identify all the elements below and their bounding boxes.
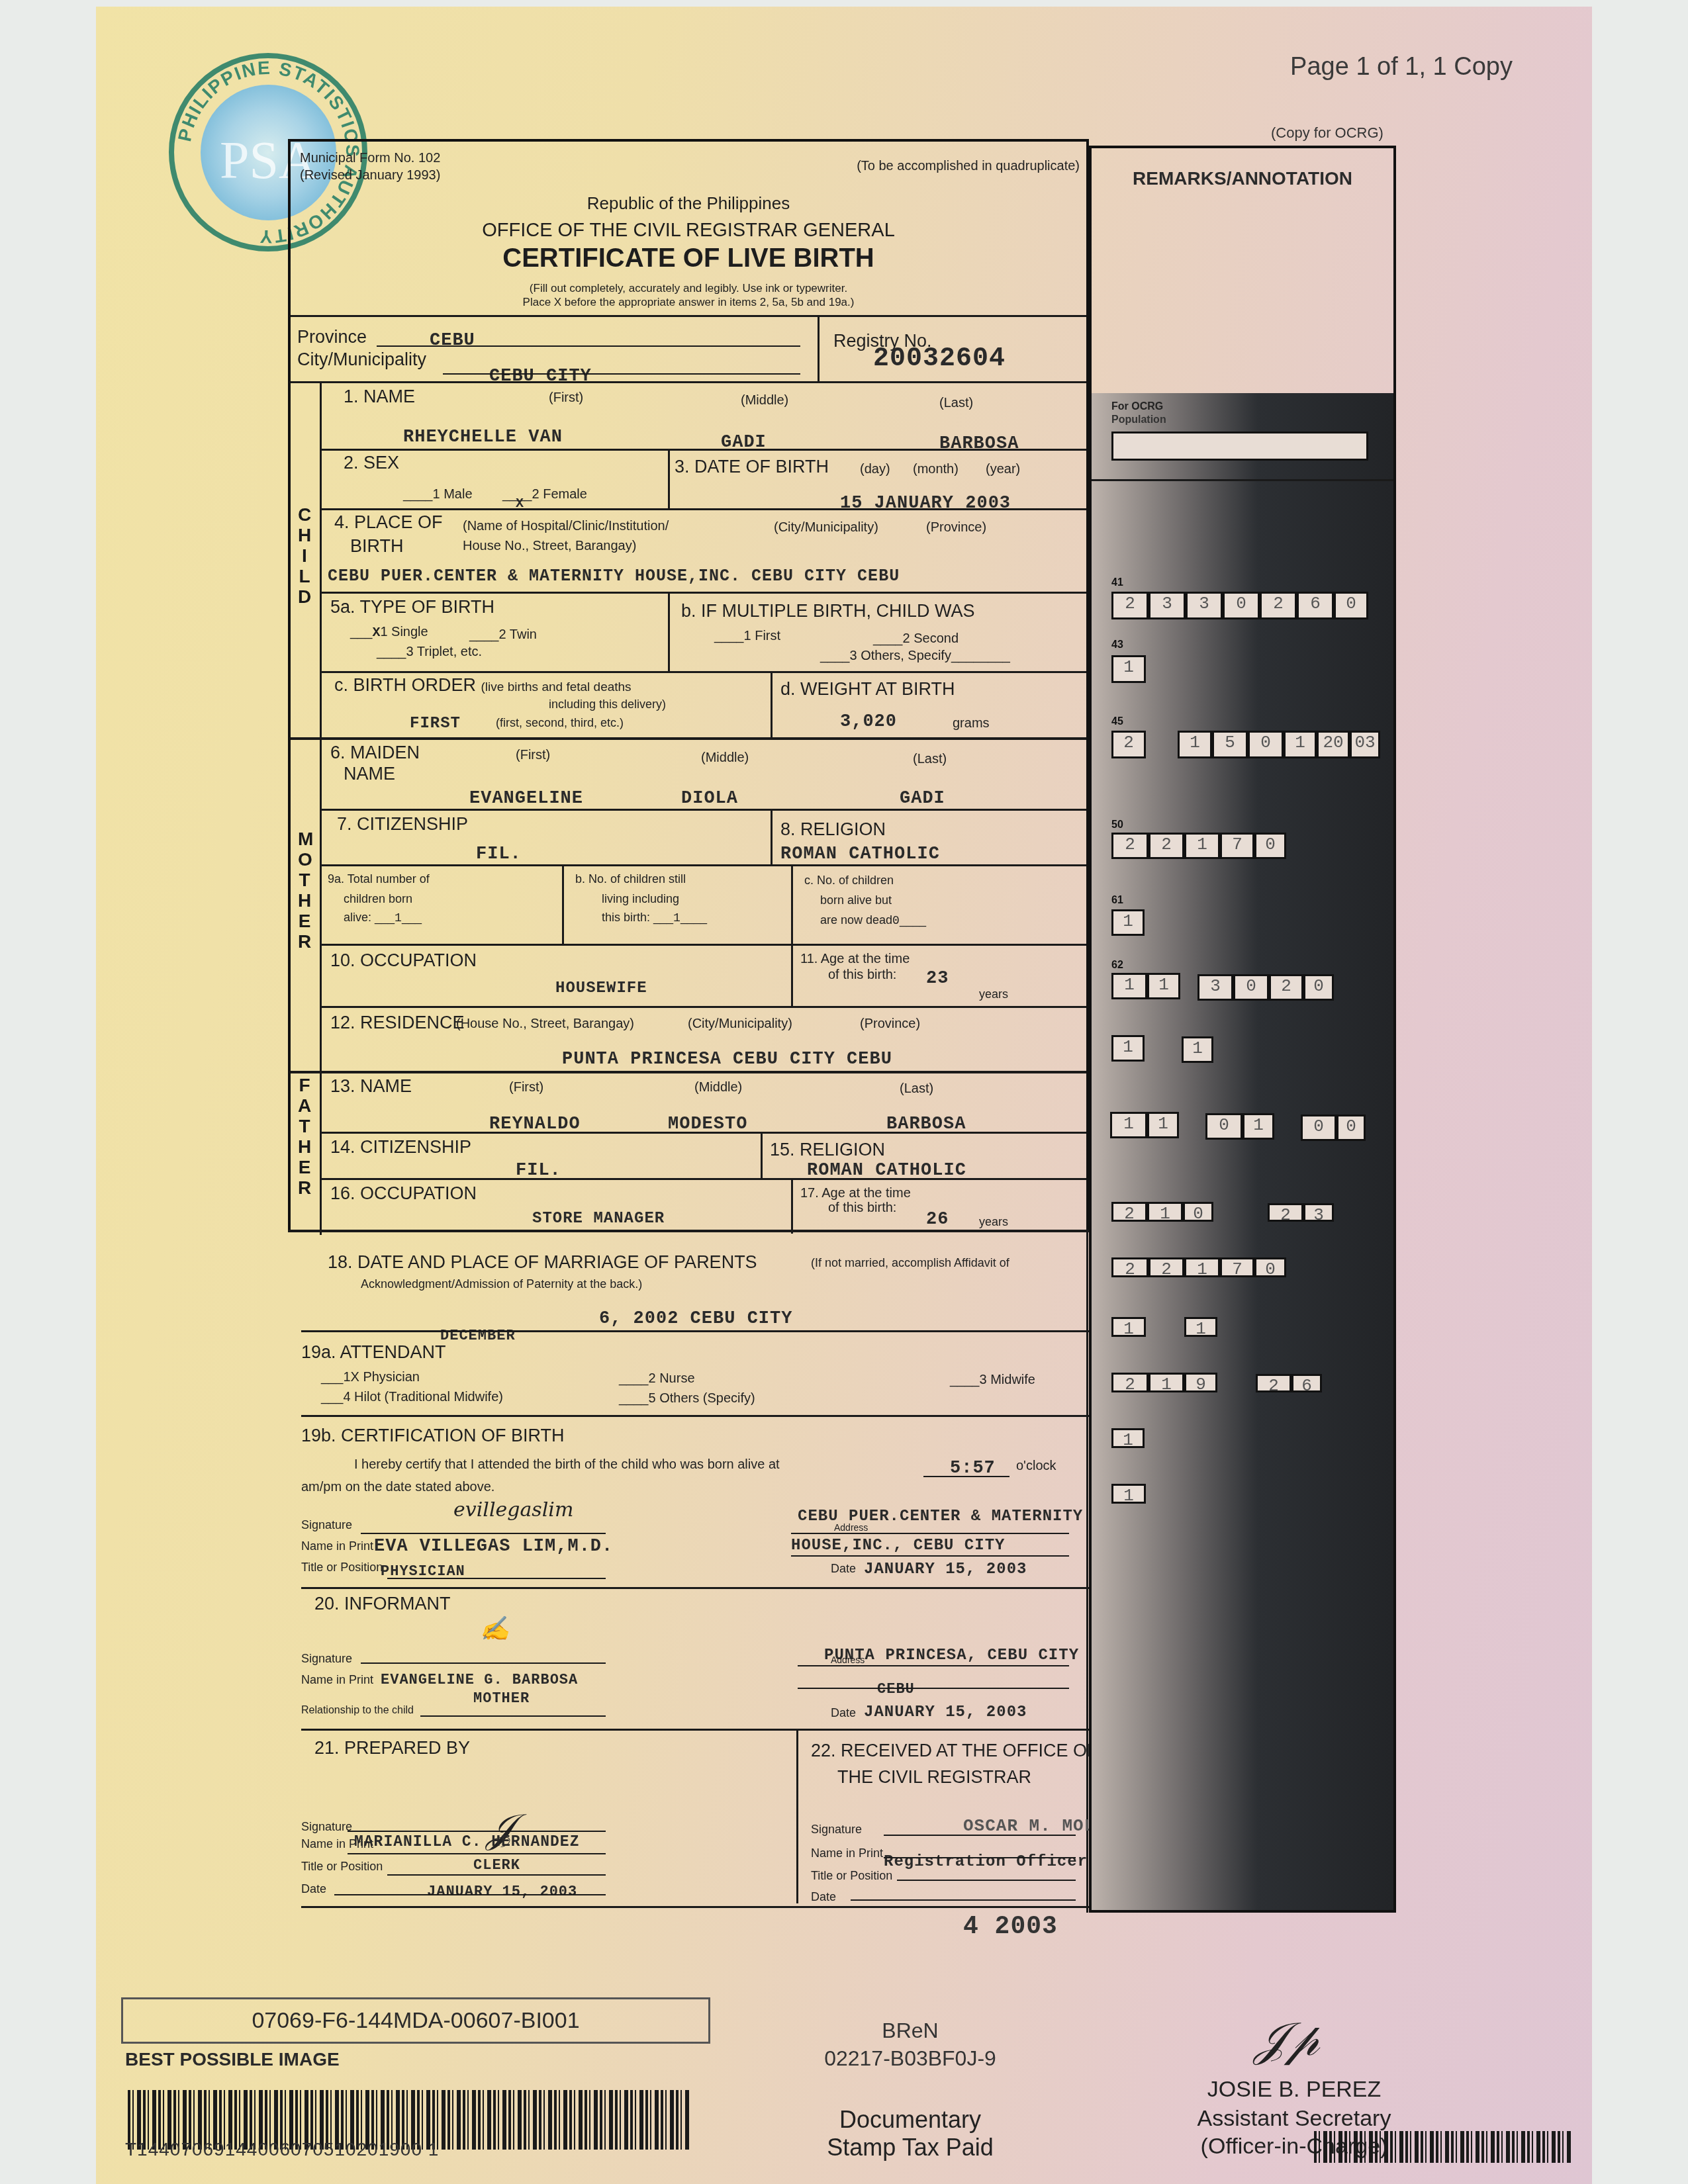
attendant-physician: ___1X Physician [321,1370,420,1385]
father-age-unit: years [979,1215,1008,1229]
first-header: (First) [516,748,550,763]
code-box: 1 [1111,1428,1145,1448]
last-header: (Last) [900,1081,933,1097]
bren-number: 02217-B03BF0J-9 [791,2046,1029,2071]
code-box: 2 [1111,731,1146,758]
code-box: 03 [1350,731,1380,758]
total-children-label-2: children born [344,892,412,906]
quadruplicate-note: (To be accomplished in quadruplicate) [857,159,1080,174]
received-title-label: Title or Position [811,1869,892,1883]
child-first-name: RHEYCHELLE VAN [403,428,563,447]
mother-age-label: 11. Age at the time [800,952,910,967]
middle-header: (Middle) [741,393,788,408]
prepared-date-label: Date [301,1882,326,1896]
code-box: 0 [1303,974,1334,1001]
pob-label-2: BIRTH [350,536,404,557]
last-header: (Last) [913,752,947,767]
attendant-address-2: HOUSE,INC., CEBU CITY [791,1537,1005,1555]
attendant-label: 19a. ATTENDANT [301,1342,446,1363]
multiple-birth-label: b. IF MULTIPLE BIRTH, CHILD WAS [681,601,975,621]
living-children-label-2: living including [602,892,679,906]
code-box: 5 [1212,731,1248,758]
marriage-label: 18. DATE AND PLACE OF MARRIAGE OF PARENT… [328,1252,757,1273]
residence-label: 12. RESIDENCE [330,1013,465,1033]
code-box: 0 [1254,1257,1286,1277]
code-box: 1 [1111,1484,1146,1504]
middle-header: (Middle) [694,1080,742,1095]
code-box: 1 [1184,1257,1220,1277]
code-box: 1 [1111,973,1147,999]
weight-unit: grams [953,716,990,731]
code-box: 0 [1248,731,1284,758]
code-box: 7 [1220,1257,1254,1277]
pob-header-1: (Name of Hospital/Clinic/Institution/ [463,519,669,534]
received-date-label: Date [811,1890,836,1904]
oclock-label: o'clock [1016,1459,1056,1474]
received-signature-label: Signature [811,1823,862,1837]
birth-order-hint: including this delivery) [549,698,666,711]
tob-twin: ____2 Twin [469,627,537,643]
registrar-name: OSCAR M. MOLO [963,1816,1106,1836]
birth-order-value: FIRST [410,715,461,733]
signatory-title: Assistant Secretary [1168,2106,1420,2132]
residence-header-3: (Province) [860,1017,920,1032]
sex-male-option: ____1 Male [403,487,473,502]
attendant-signature: evillegaslim [453,1498,573,1522]
marriage-date-place: 6, 2002 CEBU CITY [599,1309,792,1329]
informant-date: JANUARY 15, 2003 [864,1704,1027,1721]
barcode-text: T14407069144006070510201900 1 [125,2139,439,2160]
code-box: 0 [1334,592,1368,619]
stamp-tax-line-2: Stamp Tax Paid [791,2134,1029,2161]
living-children-field: this birth: ___1____ [602,911,707,925]
father-religion-label: 15. RELIGION [770,1140,885,1160]
marriage-note-2: Acknowledgment/Admission of Paternity at… [361,1277,642,1291]
code-box: 0 [1336,1115,1366,1141]
code-box: 0 [1254,833,1286,859]
code-box: 2 [1256,1374,1291,1392]
certificate-form: Municipal Form No. 102 (Revised January … [288,139,1089,1231]
city-label: City/Municipality [297,349,426,370]
code-box: 1 [1111,1317,1146,1337]
code-label: 62 [1111,960,1123,972]
preparer-name: MARIANILLA C. HERNANDEZ [354,1833,579,1850]
code-box: 2 [1111,1202,1147,1222]
code-box: 1 [1111,655,1146,683]
certification-text: I hereby certify that I attended the bir… [354,1457,780,1473]
informant-date-label: Date [831,1706,856,1720]
attendant-title-label: Title or Position [301,1561,383,1574]
ocrg-header: For OCRG [1111,401,1163,413]
code-box: 0 [1183,1202,1213,1222]
code-box: 1 [1110,1112,1147,1138]
prepared-by-label: 21. PREPARED BY [314,1738,470,1758]
prepared-title-label: Title or Position [301,1860,383,1874]
code-box: 3 [1197,974,1233,1001]
dob-value: 15 JANUARY 2003 [840,494,1011,514]
attendant-signature-label: Signature [301,1518,352,1532]
attendant-name: EVA VILLEGAS LIM,M.D. [374,1537,613,1557]
dob-label: 3. DATE OF BIRTH [675,457,829,477]
tob-single: ___X1 Single [350,625,428,641]
form-revised: (Revised January 1993) [300,168,440,183]
code-box: 1 [1111,909,1145,936]
first-header: (First) [549,390,583,406]
secondary-barcode-icon [1314,2131,1572,2163]
multi-first: ____1 First [714,629,780,644]
certification-text-2: am/pm on the date stated above. [301,1480,494,1495]
prepared-signature-label: Signature [301,1820,352,1834]
certificate-form-lower: 18. DATE AND PLACE OF MARRIAGE OF PARENT… [288,1231,1089,1913]
informant-name-label: Name in Print [301,1673,373,1687]
code-box: 3 [1303,1203,1334,1222]
remarks-annotation-panel: REMARKS/ANNOTATION For OCRG Population 4… [1089,146,1396,1913]
ocrg-header-2: Population [1111,414,1166,426]
attendant-nurse: ____2 Nurse [619,1371,695,1387]
remarks-title: REMARKS/ANNOTATION [1092,168,1393,189]
code-box: 2 [1149,1257,1184,1277]
received-name-label: Name in Print [811,1846,883,1860]
living-children-label: b. No. of children still [575,872,686,886]
ocrg-coding-panel: For OCRG Population 41 2 3 3 0 2 6 0 43 … [1092,393,1393,1910]
code-box: 1 [1147,1112,1179,1138]
received-by-label: 22. RECEIVED AT THE OFFICE OF [811,1741,1098,1761]
first-header: (First) [509,1080,543,1095]
mother-citizenship-label: 7. CITIZENSHIP [337,814,468,835]
code-box: 7 [1220,833,1254,859]
informant-relationship: MOTHER [473,1690,530,1707]
code-box: 9 [1184,1373,1217,1392]
code-box: 6 [1291,1374,1322,1392]
type-of-birth-label: 5a. TYPE OF BIRTH [330,597,494,617]
informant-relationship-label: Relationship to the child [301,1705,414,1717]
pob-header-2: House No., Street, Barangay) [463,539,636,554]
dob-day-header: (day) [860,462,890,477]
certification-date: JANUARY 15, 2003 [864,1561,1027,1578]
province-label: Province [297,327,367,347]
father-citizenship-label: 14. CITIZENSHIP [330,1137,471,1158]
code-box: 3 [1186,592,1223,619]
certification-label: 19b. CERTIFICATION OF BIRTH [301,1426,565,1446]
code-box: 1 [1243,1113,1274,1140]
father-age-label-2: of this birth: [828,1201,896,1216]
tob-triplet: ____3 Triplet, etc. [377,645,482,660]
signatory-name: JOSIE B. PEREZ [1168,2077,1420,2103]
attendant-hilot: ___4 Hilot (Traditional Midwife) [321,1390,503,1405]
code-box: 2 [1149,833,1184,859]
code-box: 2 [1268,1203,1303,1222]
document-page: Page 1 of 1, 1 Copy (Copy for OCRG) PSA … [96,7,1592,2184]
code-box: 1 [1182,1036,1213,1063]
code-box: 2 [1111,1257,1149,1277]
attendant-name-label: Name in Print [301,1539,373,1553]
informant-address-2: CEBU [877,1681,915,1698]
child-name-label: 1. NAME [344,387,415,407]
code-box: 2 [1111,833,1149,859]
mother-age-unit: years [979,987,1008,1001]
multi-second: ____2 Second [873,631,959,647]
code-label: 61 [1111,895,1123,907]
code-box: 0 [1301,1115,1336,1141]
code-box: 1 [1147,1202,1183,1222]
province-value: CEBU [430,331,475,351]
weight-value: 3,020 [840,712,897,732]
residence-value: PUNTA PRINCESA CEBU CITY CEBU [562,1050,892,1069]
dob-year-header: (year) [986,462,1020,477]
registrar-title: Registration Officer IV [884,1853,1118,1871]
marriage-note: (If not married, accomplish Affidavit of [811,1256,1009,1270]
mother-age-label-2: of this birth: [828,968,896,983]
child-section-label: CHILD [295,504,314,607]
weight-label: d. WEIGHT AT BIRTH [780,679,955,700]
father-occupation-value: STORE MANAGER [532,1210,665,1228]
pob-province-header: (Province) [926,520,986,535]
code-label: 41 [1111,577,1123,589]
certification-date-label: Date [831,1562,856,1576]
father-name-label: 13. NAME [330,1076,412,1097]
middle-header: (Middle) [701,751,749,766]
pob-city-header: (City/Municipality) [774,520,878,535]
mother-name-label: 6. MAIDEN [330,743,420,763]
code-box: 3 [1149,592,1186,619]
multi-others: ____3 Others, Specify________ [820,649,1010,664]
attendant-midwife: ____3 Midwife [950,1373,1035,1388]
code-box: 6 [1297,592,1334,619]
code-box: 1 [1184,833,1220,859]
received-stamp-date: 4 2003 [963,1913,1058,1941]
mother-age-value: 23 [926,969,949,989]
code-box: 2 [1111,592,1149,619]
informant-signature-label: Signature [301,1652,352,1666]
sex-label: 2. SEX [344,453,399,473]
signatory-signature-icon: 𝒥𝓅 [1254,2012,1319,2067]
mother-religion-value: ROMAN CATHOLIC [780,844,940,864]
attendant-others: ____5 Others (Specify) [619,1391,755,1406]
office-label: OFFICE OF THE CIVIL REGISTRAR GENERAL [291,220,1086,242]
code-box: 1 [1178,731,1212,758]
informant-signature-icon: ✍ [480,1615,510,1643]
total-children-field: alive: ___1___ [344,911,422,925]
code-label: 43 [1111,639,1123,651]
page-count: Page 1 of 1, 1 Copy [1290,53,1513,81]
code-box: 0 [1205,1113,1243,1140]
prepared-date: JANUARY 15, 2003 [427,1884,577,1900]
ocrg-entry-field [1111,432,1368,461]
mother-occupation-label: 10. OCCUPATION [330,950,477,971]
code-box: 0 [1233,974,1269,1001]
mother-middle-name: DIOLA [681,789,738,809]
dead-children-label: c. No. of children [804,874,894,887]
received-by-label-2: THE CIVIL REGISTRAR [837,1767,1031,1788]
code-box: 1 [1149,1373,1184,1392]
residence-header-1: (House No., Street, Barangay) [456,1017,634,1032]
code-box: 1 [1147,973,1180,999]
informant-name: EVANGELINE G. BARBOSA [381,1672,578,1688]
code-box: 1 [1111,1035,1145,1062]
code-box: 0 [1223,592,1260,619]
code-box: 2 [1111,1373,1149,1392]
dead-children-label-2: born alive but [820,893,892,907]
certification-footer: 07069-F6-144MDA-00607-BI001 BEST POSSIBL… [96,1966,1592,2184]
father-occupation-label: 16. OCCUPATION [330,1183,477,1204]
mother-first-name: EVANGELINE [469,789,583,809]
form-number: Municipal Form No. 102 [300,151,440,166]
attendant-address-label: Address [834,1522,868,1533]
birth-order-hint-2: (first, second, third, etc.) [496,716,624,730]
dob-month-header: (month) [913,462,959,477]
residence-header-2: (City/Municipality) [688,1017,792,1032]
pob-label: 4. PLACE OF [334,512,443,533]
father-age-label: 17. Age at the time [800,1186,911,1201]
code-box: 2 [1269,974,1303,1001]
mother-section-label: MOTHER [295,829,314,952]
code-box: 20 [1317,731,1350,758]
pob-value: CEBU PUER.CENTER & MATERNITY HOUSE,INC. … [328,567,900,586]
father-section-label: FATHER [295,1075,314,1198]
informant-address-label: Address [831,1655,865,1665]
total-children-label: 9a. Total number of [328,872,430,886]
father-age-value: 26 [926,1210,949,1230]
birth-order-label: c. BIRTH ORDER (live births and fetal de… [334,675,632,696]
stamp-tax-line-1: Documentary [791,2106,1029,2134]
mother-name-label-2: NAME [344,764,395,784]
city-value: CEBU CITY [489,367,592,387]
mother-occupation-value: HOUSEWIFE [555,979,647,997]
mother-religion-label: 8. RELIGION [780,819,886,840]
code-box: 2 [1260,592,1297,619]
code-label: 45 [1111,716,1123,728]
copy-for-label: (Copy for OCRG) [1271,124,1383,142]
bren-label: BReN [824,2019,996,2043]
dead-children-field: are now dead0____ [820,913,926,928]
child-last-name: BARBOSA [939,434,1019,454]
certificate-title: CERTIFICATE OF LIVE BIRTH [291,244,1086,273]
code-box: 1 [1284,731,1317,758]
informant-label: 20. INFORMANT [314,1594,451,1614]
mother-last-name: GADI [900,789,945,809]
preparer-title: CLERK [473,1857,520,1874]
registry-number: 20032604 [873,344,1006,374]
instructions-1: (Fill out completely, accurately and leg… [291,282,1086,295]
mother-citizenship-value: FIL. [476,844,522,864]
code-label: 50 [1111,819,1123,831]
instructions-2: Place X before the appropriate answer in… [291,296,1086,309]
republic-label: Republic of the Philippines [291,193,1086,214]
code-box: 1 [1184,1317,1217,1337]
last-header: (Last) [939,396,973,411]
best-image-label: BEST POSSIBLE IMAGE [125,2049,340,2070]
reference-number: 07069-F6-144MDA-00607-BI001 [121,1997,710,2044]
